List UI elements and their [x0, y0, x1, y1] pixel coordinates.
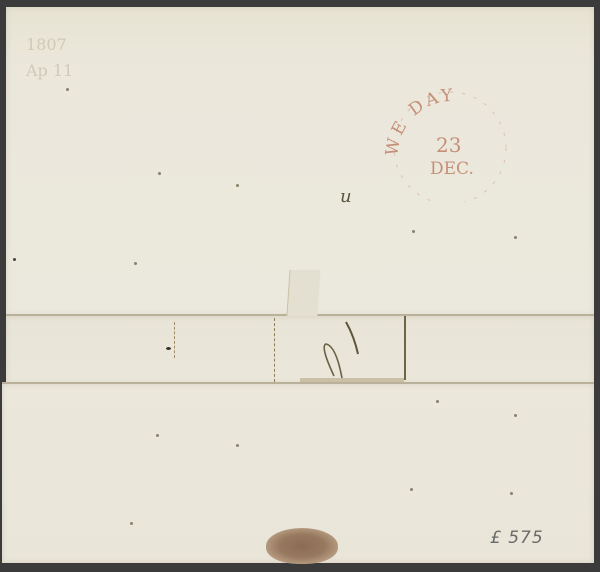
pencil-price-note: £ 575 [490, 528, 544, 548]
pin-hole [436, 400, 439, 403]
handwriting-stroke-icon [310, 316, 370, 382]
pin-hole [13, 258, 16, 261]
manuscript-rate-mark: u [340, 186, 354, 207]
pin-hole [156, 434, 159, 437]
pin-hole [236, 444, 239, 447]
postmark-month: DEC. [430, 159, 474, 179]
fold-line-lower [2, 382, 594, 384]
seal-tear-line [274, 318, 275, 382]
pin-hole [130, 522, 133, 525]
pin-hole [514, 236, 517, 239]
flap-vertical-edge [404, 316, 406, 380]
pin-hole [514, 414, 517, 417]
pin-hole [158, 172, 161, 175]
pin-hole [134, 262, 137, 265]
seal-flap-tear [286, 270, 320, 316]
wax-seal-stain [266, 528, 338, 564]
pin-hole [410, 488, 413, 491]
faded-line-2: Ap 11 [26, 58, 73, 84]
postmark-day: 23 [436, 133, 461, 157]
letter-middle-panel [6, 316, 594, 384]
faded-docket-text: 1807 Ap 11 [26, 32, 73, 84]
faded-line-1: 1807 [26, 32, 73, 58]
red-date-postmark: WE DAY 23 DEC. [380, 82, 520, 202]
ink-blot [166, 347, 171, 350]
pin-hole [66, 88, 69, 91]
pin-hole [510, 492, 513, 495]
pin-hole [236, 184, 239, 187]
postmark-stamp-icon: WE DAY 23 DEC. [380, 82, 520, 202]
seal-tear-line-left [174, 322, 175, 358]
pin-hole [412, 230, 415, 233]
